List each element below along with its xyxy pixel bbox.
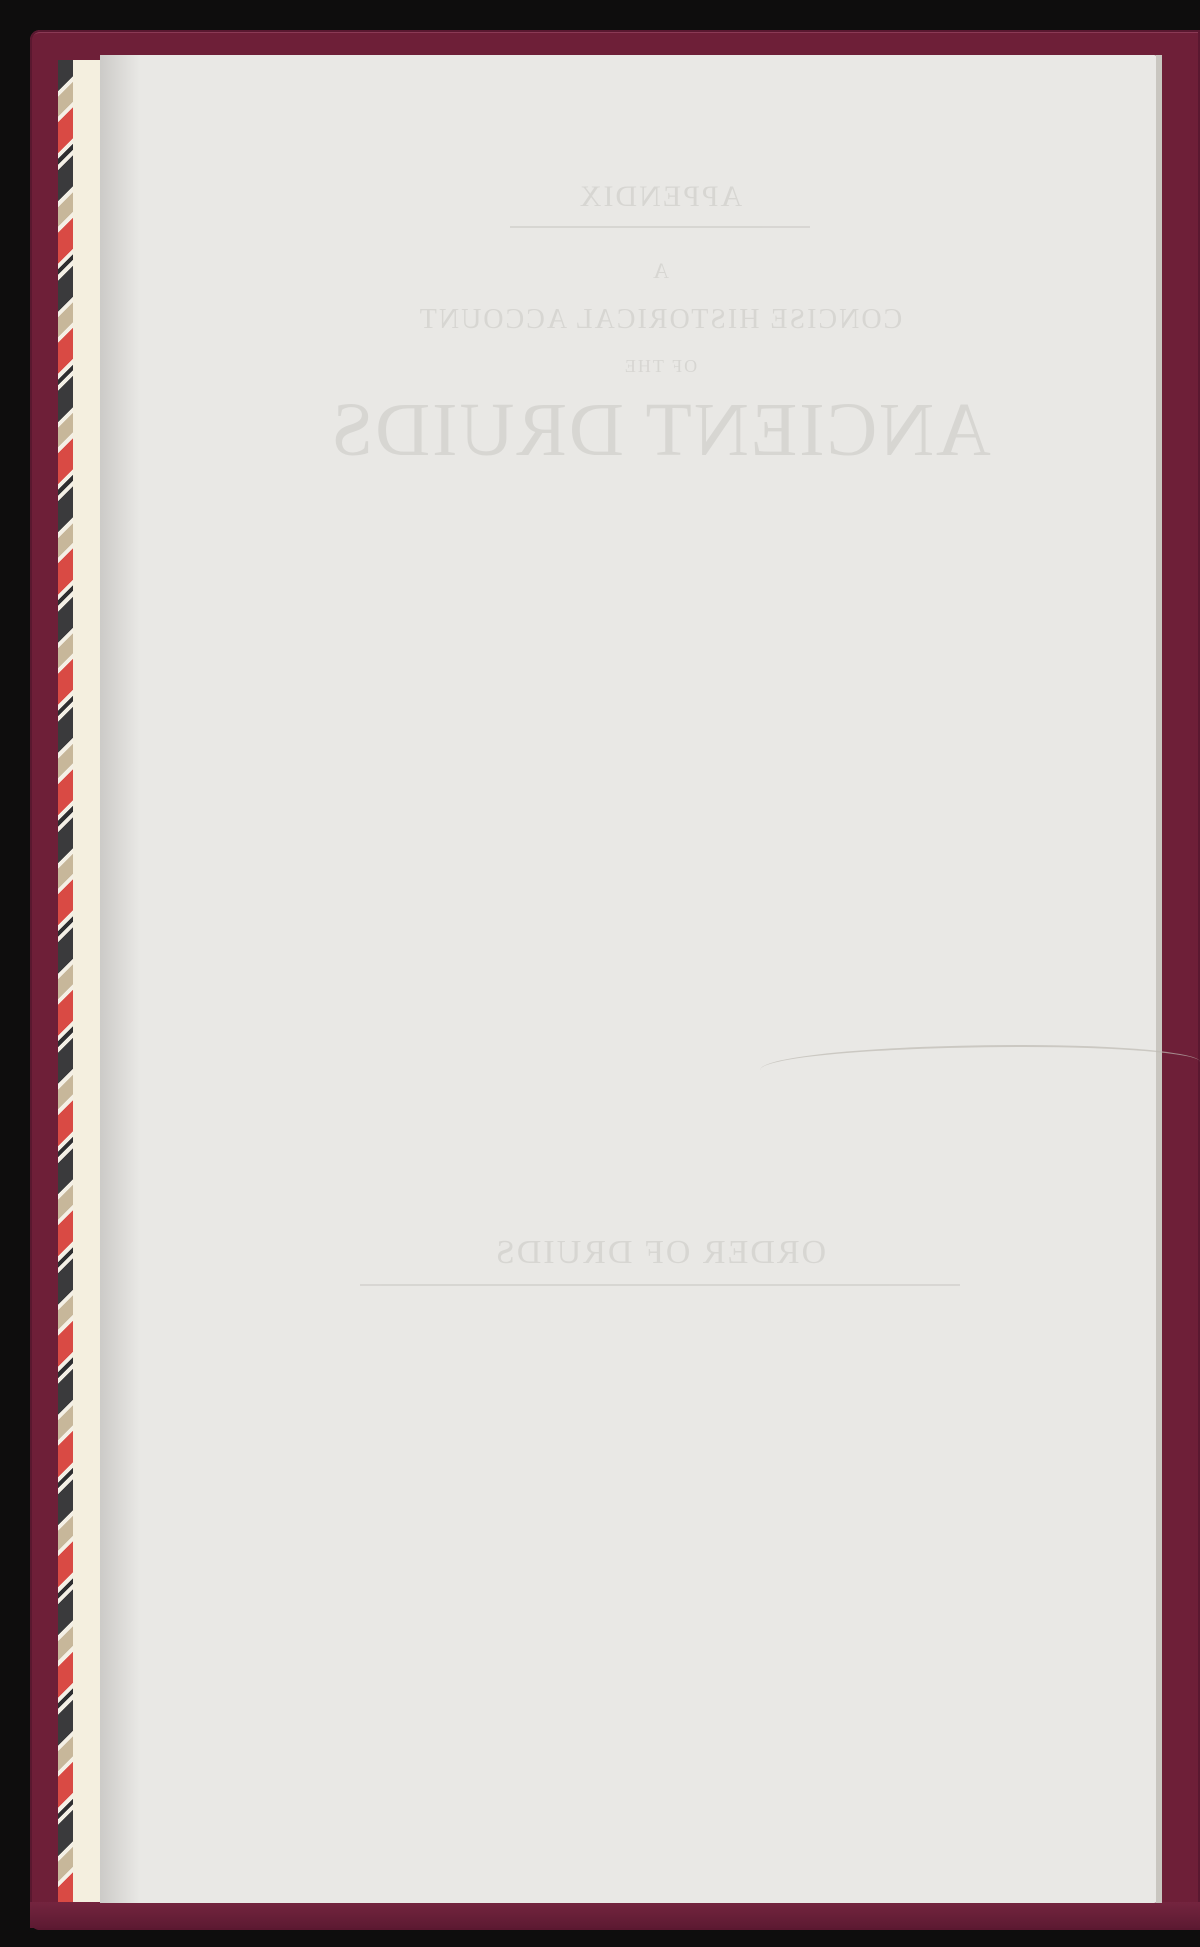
show-through-line: ANCIENT DRUIDS	[260, 387, 1060, 474]
show-through-rule	[510, 226, 810, 228]
show-through-line: A	[260, 258, 1060, 284]
show-through-line: APPENDIX	[260, 180, 1060, 214]
book-cover-bottom-edge	[30, 1902, 1200, 1928]
page-torn-left-edge	[100, 55, 140, 1903]
show-through-line: OF THE	[260, 356, 1060, 377]
show-through-line: CONCISE HISTORICAL ACCOUNT	[260, 304, 1060, 336]
cream-flyleaf-strip	[73, 60, 103, 1902]
show-through-text-block: APPENDIX A CONCISE HISTORICAL ACCOUNT OF…	[260, 140, 1060, 1298]
striped-endpaper-edge	[58, 60, 73, 1902]
page-right-edge	[1156, 55, 1162, 1903]
show-through-rule	[360, 1284, 960, 1286]
show-through-line: ORDER OF DRUIDS	[260, 1234, 1060, 1272]
